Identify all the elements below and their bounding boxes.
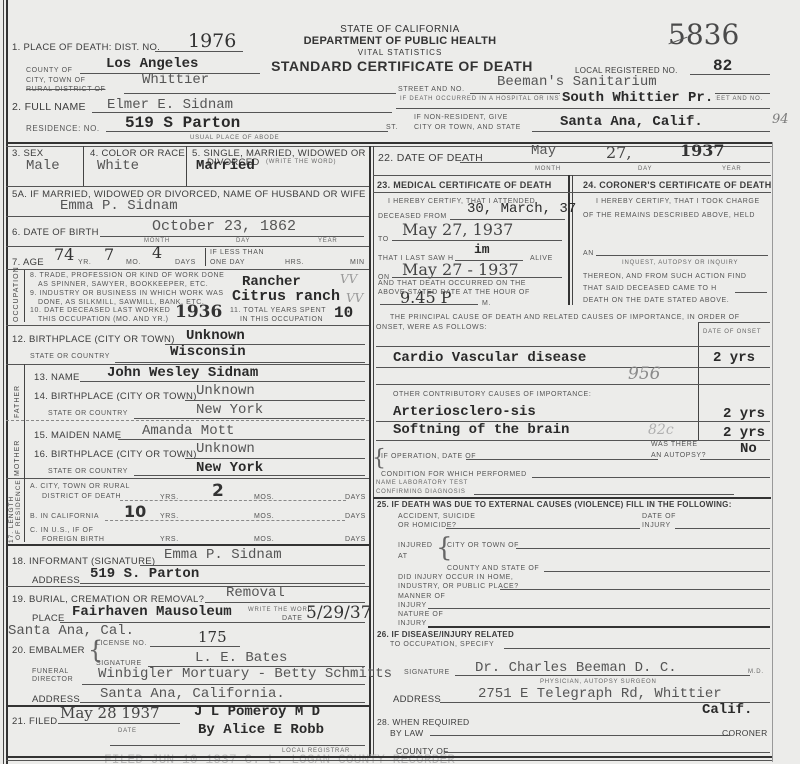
rule: [380, 304, 478, 305]
section-divider: [6, 146, 772, 147]
section-divider: [6, 142, 772, 144]
date-injury-label-2: INJURY: [642, 522, 671, 529]
filed-label: 21. FILED: [12, 716, 57, 727]
occupational-label-1: 26. IF DISEASE/INJURY RELATED: [377, 630, 514, 639]
rule: [690, 74, 770, 75]
physician-address: 2751 E Telegraph Rd, Whittier: [478, 686, 722, 702]
certificate-title: STANDARD CERTIFICATE OF DEATH: [262, 58, 542, 74]
cell-divider: [24, 420, 25, 478]
age-less-label-1: IF LESS THAN: [210, 249, 264, 256]
other-causes-label: OTHER CONTRIBUTORY CAUSES OF IMPORTANCE:: [393, 391, 591, 398]
rule: [396, 108, 770, 109]
state-heading: STATE OF CALIFORNIA: [280, 24, 520, 35]
rule: [80, 702, 365, 703]
injury-where-label-1: DID INJURY OCCUR IN HOME,: [398, 574, 513, 581]
dob-value: October 23, 1862: [152, 218, 296, 235]
death-year: 1937: [680, 141, 725, 160]
city-residence-label-2: DISTRICT OF DEATH: [42, 493, 121, 500]
residence-value: 519 S Parton: [125, 114, 240, 132]
hospital-location: South Whittier Pr.: [560, 90, 715, 106]
california-residence-label: B. IN CALIFORNIA: [30, 513, 99, 520]
principal-onset: 2 yrs: [713, 350, 755, 366]
informant-value: Emma P. Sidnam: [164, 547, 282, 563]
rule: [392, 240, 562, 241]
age-mo-label: MO.: [126, 259, 141, 266]
physician-signature-label: SIGNATURE: [404, 669, 450, 676]
father-side-label: FATHER: [14, 385, 21, 418]
hour-m-label: M.: [482, 300, 491, 307]
date-injury-label-1: DATE OF: [642, 513, 676, 520]
rule: [115, 362, 365, 363]
funeral-director: Winbigler Mortuary - Betty Schmitts: [98, 666, 392, 682]
other-cause-2: Softning of the brain: [393, 422, 569, 438]
birthplace-state: Wisconsin: [170, 344, 246, 360]
burial-date-label: DATE: [282, 615, 303, 622]
rule: [6, 216, 369, 217]
coroner-line-5: DEATH ON THE DATE STATED ABOVE.: [583, 297, 729, 304]
death-month-label: MONTH: [535, 166, 561, 172]
marital-value: Married: [196, 158, 255, 174]
rule: [460, 162, 770, 163]
nature-label-1: NATURE OF: [398, 611, 443, 618]
father-state: New York: [196, 402, 263, 418]
us-residence-label-2: FOREIGN BIRTH: [42, 536, 105, 543]
local-registered-no: 82: [713, 57, 732, 75]
sex-value: Male: [26, 158, 60, 174]
rule: [376, 346, 770, 347]
trade-check: VV: [340, 272, 357, 286]
days-label: DAYS: [345, 536, 366, 543]
us-residence-label-1: C. IN U.S., IF OF: [30, 527, 93, 534]
rule: [6, 325, 369, 326]
attended-to: May 27, 1937: [402, 220, 513, 239]
street-label: STREET AND NO.: [398, 86, 465, 93]
left-border-inner: [3, 0, 4, 764]
onset-header: DATE OF ONSET: [703, 329, 761, 335]
burial-place: Fairhaven Mausoleum: [72, 604, 232, 620]
bottom-border: [6, 760, 772, 761]
manner-label-2: INJURY: [398, 602, 427, 609]
rule: [735, 292, 767, 293]
cell-divider: [186, 146, 187, 186]
trade-label-1: 8. TRADE, PROFESSION OR KIND OF WORK DON…: [30, 272, 224, 279]
informant-address-label: ADDRESS: [32, 575, 80, 586]
rule: [455, 675, 750, 676]
attended-from-label: DECEASED FROM: [378, 213, 447, 220]
father-state-label: STATE OR COUNTRY: [48, 410, 128, 417]
rule: [105, 520, 345, 521]
coroner-required-label-1: 28. WHEN REQUIRED: [377, 717, 469, 727]
residence-sub: USUAL PLACE OF ABODE: [190, 135, 279, 141]
birthplace-city: Unknown: [186, 328, 245, 344]
rule: [373, 497, 771, 499]
last-worked-value: 1936: [175, 302, 222, 322]
occupation-side-label: OCCUPATION: [13, 266, 20, 322]
director-label-2: DIRECTOR: [32, 676, 73, 683]
rule: [700, 459, 770, 460]
mother-birthplace-label: 16. BIRTHPLACE (CITY OR TOWN): [34, 449, 197, 460]
director-label-1: FUNERAL: [32, 668, 69, 675]
other-cause-2-onset: 2 yrs: [723, 425, 765, 441]
rule: [185, 400, 365, 401]
death-day: 27,: [606, 143, 631, 162]
rule: [430, 735, 730, 736]
rule: [80, 583, 365, 584]
total-years-label-2: IN THIS OCCUPATION: [240, 316, 323, 323]
physician-sub-label: PHYSICIAN, AUTOPSY SURGEON: [540, 679, 657, 685]
rule: [392, 277, 562, 278]
rule: [58, 723, 180, 724]
death-day-label: DAY: [638, 166, 652, 172]
autopsy-label-1: WAS THERE: [651, 441, 698, 448]
county-label: COUNTY OF: [26, 67, 73, 74]
rule: [134, 475, 365, 476]
margin-note: 94: [772, 112, 789, 127]
medical-title: 23. MEDICAL CERTIFICATE OF DEATH: [377, 180, 552, 190]
industry-label-1: 9. INDUSTRY OR BUSINESS IN WHICH WORK WA…: [30, 290, 224, 297]
full-name-label: 2. FULL NAME: [12, 101, 86, 113]
bottom-border: [6, 756, 772, 758]
rural-district-label: RURAL DISTRICT OF: [26, 86, 105, 93]
mother-state-label: STATE OR COUNTRY: [48, 468, 128, 475]
operation-label: IF OPERATION, DATE OF: [381, 453, 476, 460]
last-worked-label-2: THIS OCCUPATION (MO. AND YR.): [38, 316, 169, 323]
residence-label: RESIDENCE: NO.: [26, 124, 100, 133]
rule: [185, 458, 365, 459]
last-worked-label-1: 10. DATE DECEASED LAST WORKED: [30, 307, 170, 314]
mother-side-label: MOTHER: [14, 440, 21, 476]
autopsy-label-2: AN AUTOPSY?: [651, 452, 706, 459]
dob-day-label: DAY: [236, 238, 250, 244]
rule: [446, 528, 640, 529]
rule: [373, 192, 771, 193]
rule: [134, 418, 365, 419]
rule: [428, 626, 770, 628]
birthplace-label: 12. BIRTHPLACE (CITY OR TOWN): [12, 334, 175, 345]
place-of-death-label: 1. PLACE OF DEATH: DIST. NO.: [12, 42, 160, 53]
alive-label: ALIVE: [530, 255, 553, 262]
license-value: 175: [198, 628, 227, 646]
manner-label-1: MANNER OF: [398, 593, 445, 600]
rule: [82, 684, 365, 685]
cell-divider: [24, 270, 25, 322]
days-label: DAYS: [345, 494, 366, 501]
death-certificate: STATE OF CALIFORNIA DEPARTMENT OF PUBLIC…: [0, 0, 800, 764]
rule: [6, 478, 369, 479]
cell-divider: [568, 175, 570, 305]
coroner-an-label: AN: [583, 250, 594, 257]
rule: [110, 745, 365, 746]
mother-birthplace: Unknown: [196, 441, 255, 457]
total-years-value: 10: [334, 304, 353, 322]
other-cause-code: 82c: [648, 422, 674, 438]
rule: [532, 131, 770, 132]
rule: [445, 752, 770, 753]
write-word-label: WRITE THE WORD: [248, 607, 313, 613]
father-birthplace-label: 14. BIRTHPLACE (CITY OR TOWN): [34, 391, 197, 402]
nature-label-2: INJURY: [398, 620, 427, 627]
lab-label-2: CONFIRMING DIAGNOSIS: [376, 489, 466, 495]
cell-divider: [572, 175, 573, 305]
rule: [120, 500, 346, 501]
city-label: CITY, TOWN OF: [26, 77, 86, 84]
rule: [596, 255, 768, 256]
autopsy-value: No: [740, 441, 757, 457]
registrar-by: By Alice E Robb: [198, 722, 324, 738]
cell-divider: [24, 364, 25, 420]
rule: [6, 586, 369, 587]
principal-cause: Cardio Vascular disease: [393, 350, 586, 366]
rule: [6, 269, 369, 270]
coroner-inquest: INQUEST, AUTOPSY OR INQUIRY: [622, 260, 738, 266]
occupational-label-2: TO OCCUPATION, SPECIFY: [390, 641, 494, 648]
full-name-value: Elmer E. Sidnam: [107, 97, 233, 113]
coroner-county-label: COUNTY OF: [396, 746, 449, 756]
rule: [428, 608, 770, 609]
informant-address: 519 S. Parton: [90, 566, 199, 582]
residence-st-label: ST.: [386, 124, 398, 131]
other-cause-1-onset: 2 yrs: [723, 406, 765, 422]
last-saw-value: im: [474, 242, 490, 257]
rule: [376, 440, 770, 441]
rule: [6, 544, 369, 546]
mos-label: MOS.: [254, 513, 274, 520]
column-divider: [369, 146, 371, 756]
father-birthplace: Unknown: [196, 383, 255, 399]
external-title: 25. IF DEATH WAS DUE TO EXTERNAL CAUSES …: [377, 500, 732, 509]
injured-at-label-1: INJURED: [398, 542, 433, 549]
rule: [376, 384, 770, 385]
injury-city-label: CITY OR TOWN OF: [447, 542, 519, 549]
county-value: Los Angeles: [106, 56, 198, 72]
mos-label: MOS.: [254, 536, 274, 543]
mother-name-label: 15. MAIDEN NAME: [34, 430, 121, 441]
rule: [500, 589, 770, 590]
yrs-label: YRS.: [160, 513, 179, 520]
md-label: M.D.: [748, 669, 764, 675]
rule: [698, 322, 770, 323]
injury-county-label: COUNTY AND STATE OF: [447, 565, 539, 572]
burial-place-2: Santa Ana, Cal.: [8, 623, 134, 639]
rule: [92, 112, 392, 113]
mother-state: New York: [196, 460, 263, 476]
city-residence-label-1: A. CITY, TOWN OR RURAL: [30, 483, 130, 490]
death-year-label: YEAR: [722, 166, 742, 172]
rule: [118, 439, 365, 440]
burial-value: Removal: [226, 585, 285, 601]
birthplace-state-label: STATE OR COUNTRY: [30, 353, 110, 360]
attended-from: 30, March, 37: [467, 201, 576, 217]
residence-length-side-2: OF RESIDENCE: [15, 479, 22, 540]
street-value: Beeman's Sanitarium: [497, 74, 657, 90]
age-days: 4: [152, 243, 162, 262]
district-no: 1976: [188, 30, 236, 52]
rule: [376, 367, 770, 368]
bureau-heading: VITAL STATISTICS: [280, 48, 520, 57]
physician-address-label: ADDRESS: [393, 694, 441, 705]
rule: [6, 186, 369, 187]
left-border: [6, 0, 8, 764]
california-residence-years: 10: [124, 502, 146, 521]
rule: [150, 646, 240, 647]
filed-date-label: DATE: [118, 728, 137, 734]
cell-divider: [83, 146, 84, 186]
death-month: May: [531, 143, 556, 159]
other-cause-1: Arteriosclero-sis: [393, 404, 536, 420]
cell-divider: [205, 248, 206, 266]
embalmer-signature: L. E. Bates: [195, 650, 287, 666]
father-name-label: 13. NAME: [34, 372, 80, 383]
physician-address-2: Calif.: [702, 702, 752, 718]
rule: [544, 571, 770, 572]
city-residence-years: 2: [212, 481, 224, 501]
rule: [106, 131, 388, 132]
age-yr-label: YR.: [78, 259, 91, 266]
nonresident-label-2: CITY OR TOWN, AND STATE: [414, 124, 521, 131]
city-value: Whittier: [142, 72, 209, 88]
mother-name: Amanda Mott: [142, 423, 234, 439]
father-name: John Wesley Sidnam: [107, 365, 258, 381]
rule: [155, 51, 243, 52]
coroner-line-1: I HEREBY CERTIFY, THAT I TOOK CHARGE: [596, 198, 760, 205]
residence-length-side-1: 17. LENGTH: [8, 496, 15, 543]
certificate-number: 5836: [668, 18, 739, 51]
coroner-line-4: THAT SAID DECEASED CAME TO H: [583, 285, 717, 292]
condition-label: CONDITION FOR WHICH PERFORMED: [381, 471, 527, 478]
coroner-line-2: OF THE REMAINS DESCRIBED ABOVE, HELD: [583, 212, 755, 219]
accident-label-1: ACCIDENT, SUICIDE: [398, 513, 476, 520]
rule: [124, 93, 396, 94]
rule: [100, 236, 364, 237]
age-months: 7: [104, 245, 114, 264]
coroner-title: 24. CORONER'S CERTIFICATE OF DEATH: [583, 180, 772, 190]
physician-signature: Dr. Charles Beeman D. C.: [475, 660, 677, 676]
race-value: White: [97, 158, 139, 174]
injured-at-label-2: AT: [398, 553, 408, 560]
lab-label-1: NAME LABORATORY TEST: [376, 480, 468, 486]
trade-label-2: AS SPINNER, SAWYER, BOOKKEEPER, ETC.: [38, 281, 208, 288]
embalmer-label: 20. EMBALMER: [12, 645, 85, 656]
rule: [6, 420, 369, 421]
nonresident-value: Santa Ana, Calif.: [560, 114, 703, 130]
coroner-label: CORONER: [722, 728, 768, 738]
cell-divider: [698, 322, 699, 440]
age-hrs-label: HRS.: [285, 259, 304, 266]
principal-code: 956: [628, 364, 660, 384]
department-heading: DEPARTMENT OF PUBLIC HEALTH: [280, 35, 520, 47]
license-label: LICENSE NO.: [96, 640, 147, 647]
embalmer-address: Santa Ana, California.: [100, 686, 285, 702]
age-years: 74: [54, 245, 74, 264]
marital-label-3: (WRITE THE WORD): [266, 159, 336, 165]
filed-date: May 28 1937: [60, 704, 160, 722]
burial-date: 5/29/37: [306, 603, 372, 623]
dob-year-label: YEAR: [318, 238, 338, 244]
right-border: [772, 142, 773, 762]
spouse-value: Emma P. Sidnam: [60, 198, 178, 214]
causes-intro-2: ONSET, WERE AS FOLLOWS:: [376, 324, 487, 331]
attended-to-label: TO: [378, 236, 389, 243]
yrs-label: YRS.: [160, 536, 179, 543]
age-less-label-2: ONE DAY: [210, 259, 245, 266]
cell-divider: [24, 478, 25, 542]
rule: [474, 494, 734, 495]
registrar-name: J L Pomeroy M D: [194, 704, 320, 720]
rule: [532, 477, 770, 478]
rule: [675, 528, 770, 529]
total-years-label-1: 11. TOTAL YEARS SPENT: [230, 307, 326, 314]
dob-label: 6. DATE OF BIRTH: [12, 227, 99, 238]
industry-check: VV: [346, 291, 363, 305]
occurred-label-1: AND THAT DEATH OCCURRED ON THE: [378, 280, 526, 287]
age-days-label: DAYS: [175, 259, 196, 266]
rule: [516, 548, 770, 549]
days-label: DAYS: [345, 513, 366, 520]
age-min-label: MIN: [350, 259, 365, 266]
nonresident-label-1: IF NON-RESIDENT, GIVE: [414, 114, 508, 121]
coroner-line-3: THEREON, AND FROM SUCH ACTION FIND: [583, 273, 747, 280]
rule: [466, 459, 658, 460]
industry-value: Citrus ranch: [232, 288, 340, 305]
causes-intro-1: THE PRINCIPAL CAUSE OF DEATH AND RELATED…: [390, 314, 740, 321]
coroner-required-label-2: BY LAW: [390, 728, 423, 738]
rule: [504, 648, 770, 649]
rule: [80, 381, 365, 382]
